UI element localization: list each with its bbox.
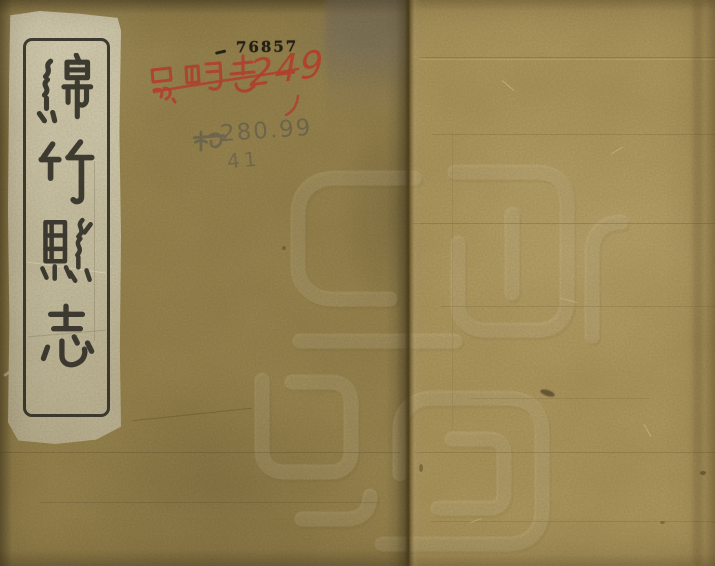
paper-grain-overlay	[0, 0, 715, 566]
book-cover-scan: 綿竹縣志	[0, 0, 715, 566]
